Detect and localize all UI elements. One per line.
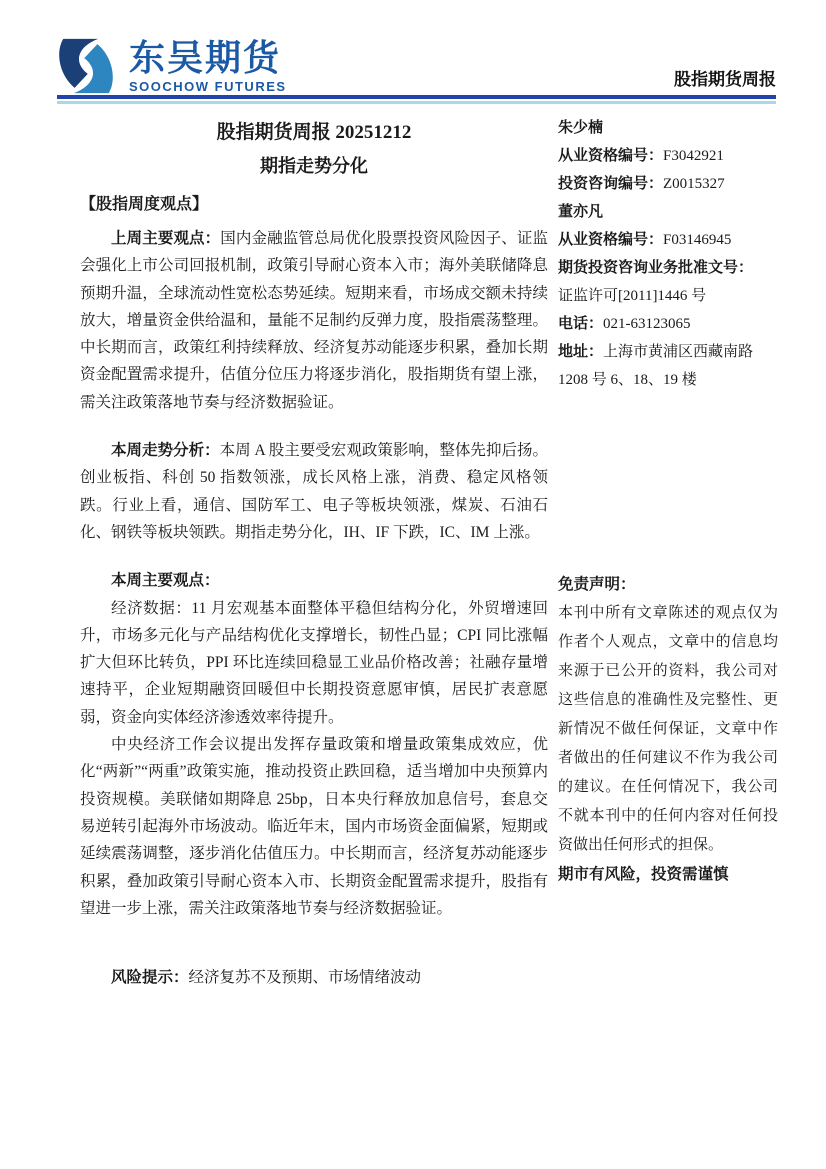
analyst-1-advisory-value: Z0015327 (663, 176, 725, 192)
paragraph-this-week-view-label: 本周主要观点： (111, 572, 220, 589)
main-column: 股指期货周报 20251212 期指走势分化 【股指周度观点】 上周主要观点：国… (80, 108, 548, 991)
analyst-block-1: 朱少楠 从业资格编号：F3042921 投资咨询编号：Z0015327 (558, 114, 778, 198)
document-subtitle: 期指走势分化 (80, 151, 548, 181)
analyst-1-qualification: 从业资格编号：F3042921 (558, 142, 778, 170)
analyst-2-qualification: 从业资格编号：F03146945 (558, 226, 778, 254)
report-type-label: 股指期货周报 (674, 65, 776, 94)
title-block: 股指期货周报 20251212 期指走势分化 (80, 118, 548, 181)
address-value-1: 上海市黄浦区西藏南路 (603, 344, 753, 360)
disclaimer-text: 本刊中所有文章陈述的观点仅为作者个人观点，文章中的信息均来源于已公开的资料，我公… (558, 599, 778, 860)
paragraph-this-week-trend-label: 本周走势分析： (111, 442, 220, 459)
analyst-1-name: 朱少楠 (558, 114, 778, 142)
soochow-logo-icon (57, 38, 115, 94)
analyst-block-2: 董亦凡 从业资格编号：F03146945 (558, 198, 778, 254)
header-divider-dark (57, 95, 776, 99)
license-block: 期货投资咨询业务批准文号： 证监许可[2011]1446 号 (558, 254, 778, 310)
sidebar-spacer (558, 394, 778, 570)
license-label: 期货投资咨询业务批准文号： (558, 254, 778, 282)
license-value: 证监许可[2011]1446 号 (558, 282, 778, 310)
phone-line: 电话：021-63123065 (558, 310, 778, 338)
paragraph-last-week-view: 上周主要观点：国内金融监管总局优化股票投资风险因子、证监会强化上市公司回报机制，… (80, 225, 548, 416)
address-label: 地址： (558, 344, 603, 360)
analyst-2-name: 董亦凡 (558, 198, 778, 226)
analyst-1-qualification-label: 从业资格编号： (558, 148, 663, 164)
paragraph-economic-data-text: 经济数据：11 月宏观基本面整体平稳但结构分化，外贸增速回升，市场多元化与产品结… (80, 600, 548, 726)
logo-cn-text: 东吴期货 (129, 38, 287, 78)
phone-value: 021-63123065 (603, 316, 691, 332)
disclaimer-title: 免责声明： (558, 570, 778, 599)
analyst-1-qualification-value: F3042921 (663, 148, 724, 164)
disclaimer-block: 免责声明： 本刊中所有文章陈述的观点仅为作者个人观点，文章中的信息均来源于已公开… (558, 570, 778, 889)
paragraph-central-economic-work: 中央经济工作会议提出发挥存量政策和增量政策集成效应，优化“两新”“两重”政策实施… (80, 731, 548, 922)
header-divider-light (57, 101, 776, 104)
address-line-1: 地址：上海市黄浦区西藏南路 (558, 338, 778, 366)
page-header: 东吴期货 SOOCHOW FUTURES 股指期货周报 (57, 38, 776, 94)
logo-text: 东吴期货 SOOCHOW FUTURES (129, 38, 287, 94)
paragraph-economic-data: 经济数据：11 月宏观基本面整体平稳但结构分化，外贸增速回升，市场多元化与产品结… (80, 595, 548, 731)
risk-notice-label: 风险提示： (111, 969, 189, 986)
disclaimer-warning: 期市有风险，投资需谨慎 (558, 860, 778, 889)
content: 股指期货周报 20251212 期指走势分化 【股指周度观点】 上周主要观点：国… (80, 108, 778, 991)
report-page: 东吴期货 SOOCHOW FUTURES 股指期货周报 股指期货周报 20251… (0, 0, 826, 1169)
address-block: 地址：上海市黄浦区西藏南路 1208 号 6、18、19 楼 (558, 338, 778, 394)
paragraph-last-week-label: 上周主要观点： (111, 230, 220, 247)
paragraph-this-week-view-label-line: 本周主要观点： (80, 567, 548, 594)
risk-notice: 风险提示：经济复苏不及预期、市场情绪波动 (80, 964, 548, 991)
company-logo: 东吴期货 SOOCHOW FUTURES (57, 38, 287, 94)
section-header-weekly-view: 【股指周度观点】 (80, 193, 548, 217)
address-line-2: 1208 号 6、18、19 楼 (558, 366, 778, 394)
analyst-1-advisory-label: 投资咨询编号： (558, 176, 663, 192)
document-title: 股指期货周报 20251212 (80, 118, 548, 148)
paragraph-last-week-text: 国内金融监管总局优化股票投资风险因子、证监会强化上市公司回报机制，政策引导耐心资… (80, 230, 548, 411)
analyst-1-advisory: 投资咨询编号：Z0015327 (558, 170, 778, 198)
analyst-2-qualification-value: F03146945 (663, 232, 731, 248)
analyst-2-qualification-label: 从业资格编号： (558, 232, 663, 248)
risk-notice-text: 经济复苏不及预期、市场情绪波动 (189, 969, 422, 986)
phone-label: 电话： (558, 316, 603, 332)
paragraph-this-week-trend: 本周走势分析：本周 A 股主要受宏观政策影响，整体先抑后扬。创业板指、科创 50… (80, 437, 548, 546)
paragraph-central-economic-work-text: 中央经济工作会议提出发挥存量政策和增量政策集成效应，优化“两新”“两重”政策实施… (80, 736, 548, 917)
logo-en-text: SOOCHOW FUTURES (129, 79, 287, 94)
info-sidebar: 朱少楠 从业资格编号：F3042921 投资咨询编号：Z0015327 董亦凡 … (558, 108, 778, 991)
